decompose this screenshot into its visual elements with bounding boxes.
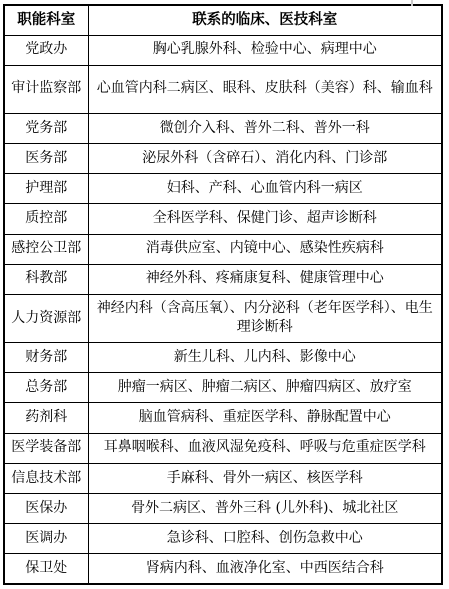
- functional-dept-cell: 财务部: [4, 343, 88, 373]
- functional-dept-cell: 医保办: [4, 493, 88, 523]
- table-row: 医调办 急诊科、口腔科、创伤急救中心: [4, 524, 442, 554]
- contact-depts-cell: 神经外科、疼痛康复科、健康管理中心: [88, 264, 442, 294]
- table-row: 医务部 泌尿外科（含碎石）、消化内科、门诊部: [4, 144, 442, 174]
- table-row: 质控部 全科医学科、保健门诊、超声诊断科: [4, 204, 442, 234]
- table-row: 财务部 新生儿科、儿内科、影像中心: [4, 343, 442, 373]
- contact-depts-cell: 肿瘤一病区、肿瘤二病区、肿瘤四病区、放疗室: [88, 373, 442, 403]
- contact-depts-cell: 胸心乳腺外科、检验中心、病理中心: [88, 35, 442, 65]
- cursor-artifact: [411, 0, 413, 6]
- department-contact-table: 职能科室 联系的临床、医技科室 党政办 胸心乳腺外科、检验中心、病理中心 审计监…: [3, 4, 443, 585]
- contact-depts-cell: 新生儿科、儿内科、影像中心: [88, 343, 442, 373]
- contact-depts-cell: 急诊科、口腔科、创伤急救中心: [88, 524, 442, 554]
- table-row: 信息技术部 手麻科、骨外一病区、核医学科: [4, 463, 442, 493]
- contact-depts-cell: 消毒供应室、内镜中心、感染性疾病科: [88, 234, 442, 264]
- functional-dept-cell: 医学装备部: [4, 433, 88, 463]
- functional-dept-cell: 医调办: [4, 524, 88, 554]
- functional-dept-cell: 科教部: [4, 264, 88, 294]
- contact-depts-cell: 神经内科（含高压氧）、内分泌科（老年医学科）、电生理诊断科: [88, 294, 442, 342]
- functional-dept-cell: 党务部: [4, 113, 88, 143]
- table-row: 医学装备部 耳鼻咽喉科、血液风湿免疫科、呼吸与危重症医学科: [4, 433, 442, 463]
- table-row: 护理部 妇科、产科、心血管内科一病区: [4, 174, 442, 204]
- header-functional-dept: 职能科室: [4, 5, 88, 35]
- functional-dept-cell: 审计监察部: [4, 65, 88, 113]
- functional-dept-cell: 感控公卫部: [4, 234, 88, 264]
- table-row: 药剂科 脑血管病科、重症医学科、静脉配置中心: [4, 403, 442, 433]
- header-contact-depts: 联系的临床、医技科室: [88, 5, 442, 35]
- functional-dept-cell: 信息技术部: [4, 463, 88, 493]
- contact-depts-cell: 全科医学科、保健门诊、超声诊断科: [88, 204, 442, 234]
- table-row: 人力资源部 神经内科（含高压氧）、内分泌科（老年医学科）、电生理诊断科: [4, 294, 442, 342]
- contact-depts-cell: 心血管内科二病区、眼科、皮肤科（美容）科、输血科: [88, 65, 442, 113]
- table-row: 审计监察部 心血管内科二病区、眼科、皮肤科（美容）科、输血科: [4, 65, 442, 113]
- contact-depts-cell: 泌尿外科（含碎石）、消化内科、门诊部: [88, 144, 442, 174]
- contact-depts-cell: 妇科、产科、心血管内科一病区: [88, 174, 442, 204]
- table-row: 保卫处 肾病内科、血液净化室、中西医结合科: [4, 554, 442, 584]
- functional-dept-cell: 保卫处: [4, 554, 88, 584]
- functional-dept-cell: 人力资源部: [4, 294, 88, 342]
- contact-depts-cell: 肾病内科、血液净化室、中西医结合科: [88, 554, 442, 584]
- table-row: 党政办 胸心乳腺外科、检验中心、病理中心: [4, 35, 442, 65]
- functional-dept-cell: 总务部: [4, 373, 88, 403]
- table-row: 科教部 神经外科、疼痛康复科、健康管理中心: [4, 264, 442, 294]
- functional-dept-cell: 医务部: [4, 144, 88, 174]
- functional-dept-cell: 质控部: [4, 204, 88, 234]
- contact-depts-cell: 脑血管病科、重症医学科、静脉配置中心: [88, 403, 442, 433]
- contact-depts-cell: 耳鼻咽喉科、血液风湿免疫科、呼吸与危重症医学科: [88, 433, 442, 463]
- table-header-row: 职能科室 联系的临床、医技科室: [4, 5, 442, 35]
- table-row: 总务部 肿瘤一病区、肿瘤二病区、肿瘤四病区、放疗室: [4, 373, 442, 403]
- functional-dept-cell: 护理部: [4, 174, 88, 204]
- table-row: 党务部 微创介入科、普外二科、普外一科: [4, 113, 442, 143]
- table-row: 感控公卫部 消毒供应室、内镜中心、感染性疾病科: [4, 234, 442, 264]
- table-row: 医保办 骨外二病区、普外三科 (儿外科)、城北社区: [4, 493, 442, 523]
- contact-depts-cell: 微创介入科、普外二科、普外一科: [88, 113, 442, 143]
- functional-dept-cell: 药剂科: [4, 403, 88, 433]
- contact-depts-cell: 骨外二病区、普外三科 (儿外科)、城北社区: [88, 493, 442, 523]
- functional-dept-cell: 党政办: [4, 35, 88, 65]
- contact-depts-cell: 手麻科、骨外一病区、核医学科: [88, 463, 442, 493]
